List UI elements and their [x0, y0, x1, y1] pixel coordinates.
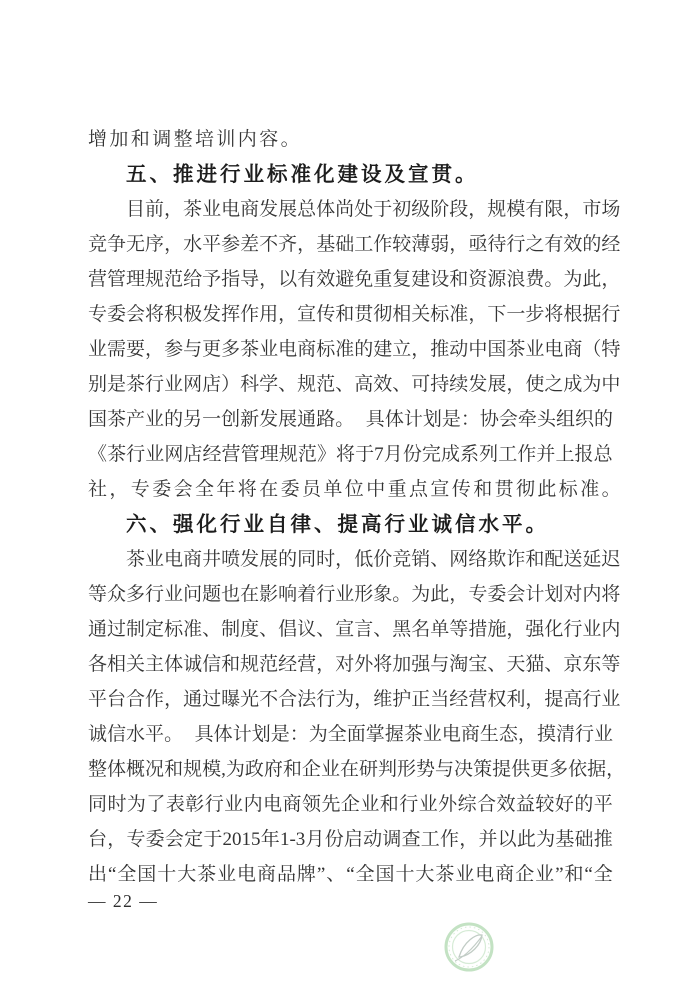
text-line: 等众多行业问题也在影响着行业形象。为此，专委会计划对内将 — [88, 577, 613, 612]
text-line: 同时为了表彰行业内电商领先企业和行业外综合效益较好的平 — [88, 787, 613, 822]
text-line: 《茶行业网店经营管理规范》将于7月份完成系列工作并上报总 — [88, 437, 613, 472]
text-line: 专委会将积极发挥作用，宣传和贯彻相关标准，下一步将根据行 — [88, 297, 613, 332]
text-line: 目前，茶业电商发展总体尚处于初级阶段，规模有限，市场 — [88, 192, 613, 227]
section-heading: 五、推进行业标准化建设及宣贯。 — [88, 157, 613, 192]
text-line: 诚信水平。具体计划是：为全面掌握茶业电商生态，摸清行业 — [88, 717, 613, 752]
section-heading: 六、强化行业自律、提高行业诚信水平。 — [88, 507, 613, 542]
text-line: 通过制定标准、制度、倡议、宣言、黑名单等措施，强化行业内 — [88, 612, 613, 647]
text-line: 整体概况和规模,为政府和企业在研判形势与决策提供更多依据， — [88, 752, 613, 787]
text-line: 国茶产业的另一创新发展通路。具体计划是：协会牵头组织的 — [88, 402, 613, 437]
text-line: 出“全国十大茶业电商品牌”、“全国十大茶业电商企业”和“全 — [88, 857, 613, 892]
text-line: 茶业电商井喷发展的同时，低价竞销、网络欺诈和配送延迟 — [88, 542, 613, 577]
green-leaf-seal-watermark — [438, 916, 500, 978]
text-line: 营管理规范给予指导，以有效避免重复建设和资源浪费。为此， — [88, 262, 613, 297]
text-line: 台，专委会定于2015年1-3月份启动调查工作，并以此为基础推 — [88, 822, 613, 857]
page-number: — 22 — — [88, 887, 158, 915]
document-page: 增加和调整培训内容。五、推进行业标准化建设及宣贯。目前，茶业电商发展总体尚处于初… — [0, 0, 699, 988]
text-line: 平台合作，通过曝光不合法行为，维护正当经营权利，提高行业 — [88, 682, 613, 717]
text-line: 业需要，参与更多茶业电商标准的建立，推动中国茶业电商（特 — [88, 332, 613, 367]
document-body: 增加和调整培训内容。五、推进行业标准化建设及宣贯。目前，茶业电商发展总体尚处于初… — [88, 122, 613, 892]
text-line: 社，专委会全年将在委员单位中重点宣传和贯彻此标准。 — [88, 472, 613, 507]
text-line: 别是茶行业网店）科学、规范、高效、可持续发展，使之成为中 — [88, 367, 613, 402]
text-line: 竞争无序，水平参差不齐，基础工作较薄弱，亟待行之有效的经 — [88, 227, 613, 262]
text-line: 增加和调整培训内容。 — [88, 122, 613, 157]
text-line: 各相关主体诚信和规范经营，对外将加强与淘宝、天猫、京东等 — [88, 647, 613, 682]
